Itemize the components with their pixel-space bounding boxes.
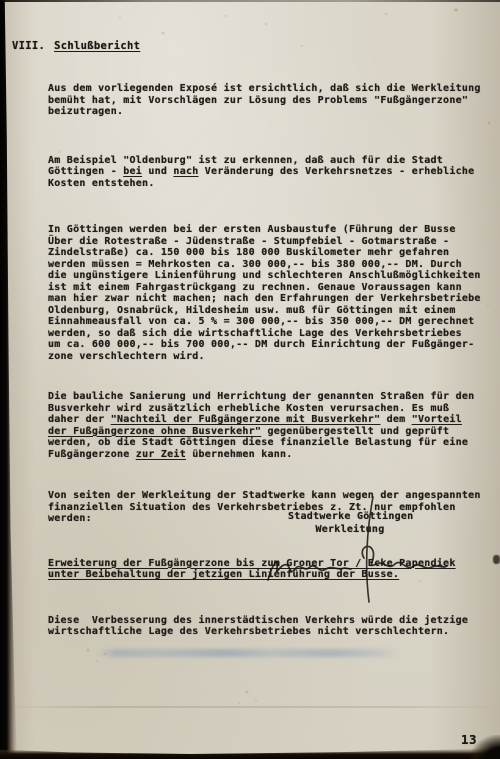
paragraph-text: übernehmen kann.	[186, 449, 293, 460]
paragraph-text: und	[142, 166, 173, 177]
paragraph-text: Diese Verbesserung des innerstädtischen …	[48, 615, 468, 638]
ink-showthrough	[98, 649, 398, 657]
paragraph-text: dem	[380, 414, 411, 425]
page-top-edge	[0, 0, 500, 2]
paragraph-text: In Göttingen werden bei der ersten Ausba…	[48, 224, 481, 362]
edge-ink-mark	[493, 555, 500, 564]
handwritten-signature	[252, 492, 452, 607]
paragraph: Diese Verbesserung des innerstädtischen …	[48, 615, 494, 638]
paper-crease	[0, 706, 500, 708]
book-gutter-shadow	[0, 0, 17, 759]
page-corner-shadow	[470, 735, 500, 759]
scanned-page: VIII.Schlußbericht Aus dem vorliegenden …	[0, 0, 500, 759]
underlined-text: nach	[173, 166, 198, 177]
section-numeral: VIII.	[12, 40, 45, 52]
paragraph: Aus dem vorliegenden Exposé ist ersichtl…	[48, 83, 494, 118]
underlined-text: zur Zeit	[136, 449, 186, 460]
section-title: Schlußbericht	[54, 40, 140, 52]
underlined-text: bei	[123, 166, 142, 177]
paragraph-text: Aus dem vorliegenden Exposé ist ersichtl…	[48, 83, 481, 117]
underlined-text: "Nachteil der Fußgängerzone mit Busverke…	[111, 414, 381, 425]
page-bottom-edge	[0, 748, 500, 759]
paragraph: In Göttingen werden bei der ersten Ausba…	[48, 224, 494, 362]
paragraph: Die bauliche Sanierung und Herrichtung d…	[48, 391, 494, 460]
section-heading: VIII.Schlußbericht	[12, 40, 140, 52]
paragraph: Am Beispiel "Oldenburg" ist zu erkennen,…	[48, 155, 494, 190]
